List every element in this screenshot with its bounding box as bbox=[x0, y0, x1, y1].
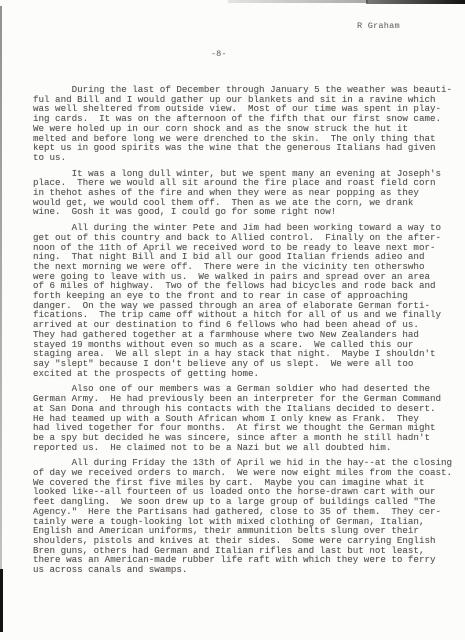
paragraph-3: All during the winter Pete and Jim had b… bbox=[33, 223, 459, 378]
scan-artifact-left-edge bbox=[0, 6, 2, 572]
paragraph-5: All during Friday the 13th of April we h… bbox=[33, 458, 459, 574]
page-number: -8- bbox=[211, 49, 226, 59]
author-name: R Graham bbox=[357, 21, 400, 31]
paragraph-2: It was a long dull winter, but we spent … bbox=[33, 169, 459, 218]
paragraph-4: Also one of our members was a German sol… bbox=[33, 384, 459, 452]
scan-artifact-top-dark bbox=[366, 0, 465, 4]
document-page: R Graham -8- During the last of December… bbox=[0, 0, 465, 640]
document-body: During the last of December through Janu… bbox=[33, 85, 459, 581]
scan-artifact-top-faint bbox=[228, 0, 368, 3]
scan-artifact-bottom-left bbox=[0, 569, 3, 632]
paragraph-1: During the last of December through Janu… bbox=[33, 85, 459, 163]
